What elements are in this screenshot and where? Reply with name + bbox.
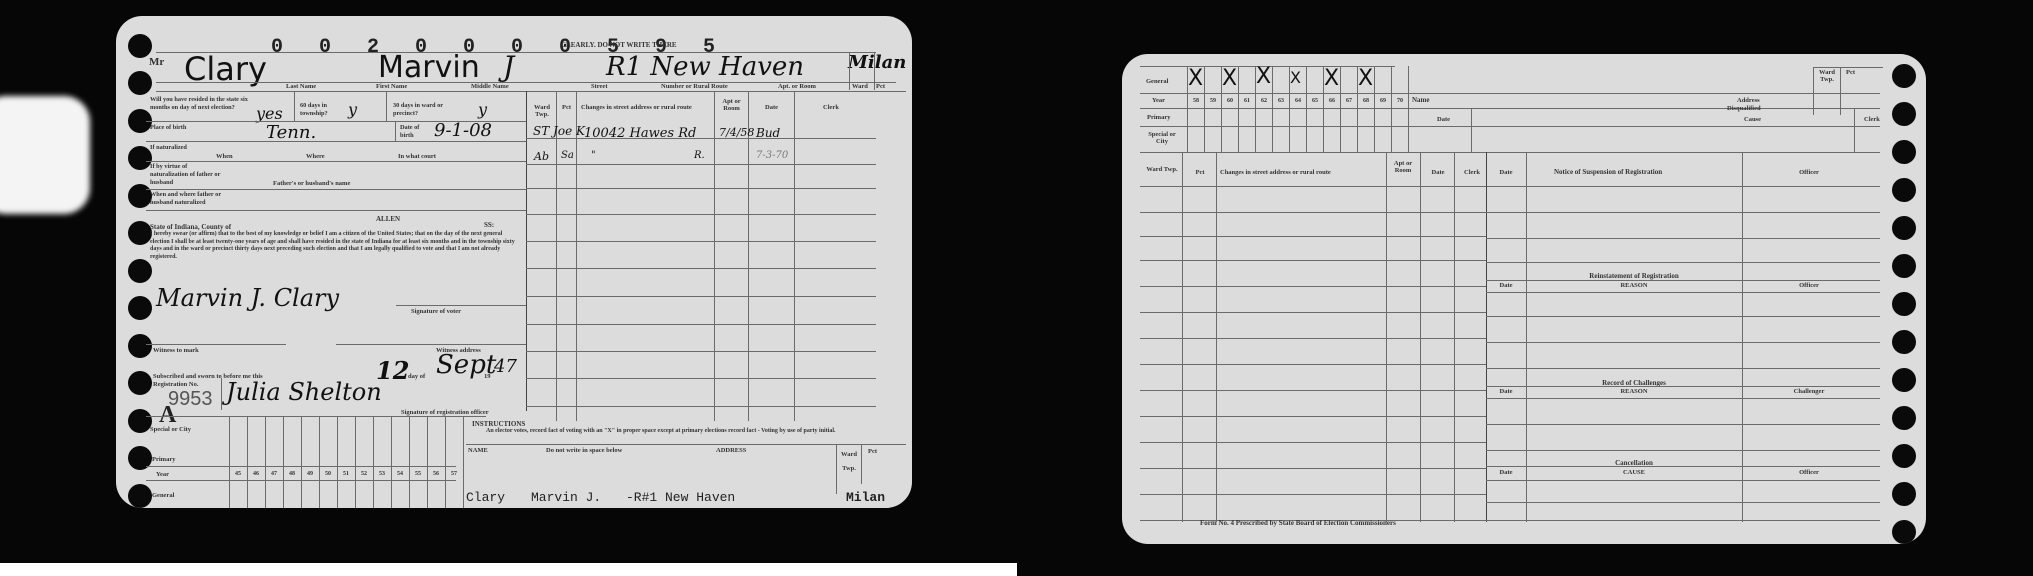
suspension-col-date: Date (1490, 169, 1522, 176)
scan-edge-strip (0, 563, 1017, 576)
reinstatement-col-reason: REASON (1526, 282, 1742, 289)
change-row-2-pct: Sa (561, 150, 574, 161)
grid-label-general: General (152, 492, 174, 499)
year-cell: 52 (356, 471, 372, 477)
reinstatement-col-date: Date (1488, 282, 1524, 289)
grid-label-primary: Primary (152, 456, 175, 463)
change-row-1-address: 10042 Hawes Rd (584, 126, 696, 141)
ward-value: Milan (848, 52, 906, 73)
punch-hole-icon (1892, 64, 1916, 88)
punch-hole-icon (128, 334, 152, 358)
prefix-mark: Mr (149, 59, 164, 66)
street-label: Street (591, 83, 607, 90)
state-residency-question: Will you have resided in the state six m… (150, 96, 260, 112)
reinstatement-col-officer: Officer (1744, 282, 1874, 289)
registration-number-label: Registration No. (153, 381, 199, 388)
vote-mark-icon: X (1256, 64, 1271, 89)
place-of-birth-label: Place of birth (150, 124, 190, 132)
typed-last-name: Clary (466, 490, 505, 505)
year-cell: 60 (1222, 98, 1238, 104)
back-col-date: Date (1422, 169, 1454, 176)
back-col-apt-room: Apt or Room (1388, 160, 1418, 174)
pct-label: Pct (876, 83, 885, 90)
challenges-col-reason: REASON (1526, 388, 1742, 395)
punch-hole-icon (1892, 178, 1916, 202)
naturalized-when-label: When (216, 153, 233, 160)
col-date: Date (749, 104, 794, 111)
punch-hole-icon (128, 259, 152, 283)
punch-hole-icon (1892, 216, 1916, 240)
father-naturalized-label: When and where father or husband natural… (150, 191, 240, 207)
change-row-2-clerk: 7-3-70 (756, 150, 788, 161)
instructions-text: An elector votes, record fact of voting … (486, 428, 906, 435)
punch-hole-icon (128, 371, 152, 395)
back-col-clerk: Clerk (1457, 169, 1487, 176)
back-grid-primary: Primary (1147, 114, 1170, 121)
registration-card-back: General Year Primary Special or City 58 … (1122, 54, 1926, 544)
year-cell: 63 (1273, 98, 1289, 104)
township-answer: y (348, 100, 357, 119)
change-row-1-clerk: Bud (756, 126, 780, 140)
instructions-title: INSTRUCTIONS (472, 421, 525, 428)
back-grid-special: Special or City (1142, 131, 1182, 145)
vote-mark-icon: X (1222, 66, 1237, 91)
punch-hole-icon (1892, 406, 1916, 430)
change-row-2-ward: Ab (534, 150, 549, 163)
year-cell: 56 (428, 471, 444, 477)
year-cell: 46 (248, 471, 264, 477)
suspension-col-notice: Notice of Suspension of Registration (1554, 169, 1662, 176)
place-of-birth-value: Tenn. (266, 122, 316, 143)
ss-label: SS: (484, 222, 494, 229)
date-of-birth-label: Date of birth (400, 124, 430, 140)
year-cell: 68 (1358, 98, 1374, 104)
year-cell: 47 (266, 471, 282, 477)
instr-no-write: Do not write in space below (546, 447, 622, 454)
challenges-col-challenger: Challenger (1744, 388, 1874, 395)
grid-label-year: Year (156, 471, 169, 478)
punch-hole-icon (1892, 292, 1916, 316)
year-cell: 70 (1392, 98, 1408, 104)
middle-name-label: Middle Name (471, 83, 509, 90)
officer-signature: Julia Shelton (226, 378, 382, 406)
year-cell: 64 (1290, 98, 1306, 104)
typed-address: -R#1 New Haven (626, 490, 735, 505)
year-cell: 57 (446, 471, 462, 477)
punch-hole-icon (1892, 368, 1916, 392)
col-clerk: Clerk (796, 104, 866, 111)
father-name-label: Father's or husband's name (273, 180, 350, 187)
punch-hole-icon (1892, 102, 1916, 126)
challenges-col-date: Date (1488, 388, 1524, 395)
punch-hole-icon (128, 184, 152, 208)
col-ward-twp: Ward Twp. (528, 104, 556, 118)
number-route-label: Number or Rural Route (661, 83, 728, 90)
back-grid-year: Year (1152, 97, 1165, 104)
county-value: ALLEN (376, 216, 400, 223)
back-col-changes: Changes in street address or rural route (1220, 169, 1331, 176)
suspension-col-officer: Officer (1744, 169, 1874, 176)
back-col-ward-twp: Ward Twp. (1142, 166, 1182, 173)
vote-mark-icon: X (1188, 66, 1203, 91)
change-row-2-address: " (591, 150, 596, 161)
year-cell: 67 (1341, 98, 1357, 104)
vote-mark-icon: X (1358, 66, 1373, 91)
instr-name-label: NAME (468, 447, 488, 454)
year-cell: 45 (230, 471, 246, 477)
punch-hole-icon (128, 409, 152, 433)
instr-ward-label: Ward Twp. (838, 448, 860, 476)
punch-hole-icon (1892, 330, 1916, 354)
first-name-value: Marvin (378, 50, 480, 85)
year-cell: 48 (284, 471, 300, 477)
back-disqualified-label: Disqualified (1727, 105, 1761, 112)
punch-hole-icon (1892, 254, 1916, 278)
naturalized-label: If naturalized (150, 144, 200, 152)
voter-signature: Marvin J. Clary (156, 284, 339, 312)
back-pct-label: Pct (1846, 69, 1855, 76)
grid-label-special: Special or City (150, 426, 190, 433)
township-question: 60 days in township? (300, 102, 345, 118)
ward-precinct-answer: y (478, 100, 487, 119)
witness-mark-label: Witness to mark (153, 347, 199, 354)
reinstatement-title: Reinstatement of Registration (1526, 273, 1742, 280)
day-of-label: day of (408, 373, 425, 380)
year-cell: 53 (374, 471, 390, 477)
year-cell: 50 (320, 471, 336, 477)
year-prefix: 19 (484, 373, 491, 380)
header-notice: CLEARLY. DO NOT WRITE THERE (561, 42, 677, 49)
middle-name-value: J (503, 50, 514, 83)
signature-label: Signature of voter (411, 308, 461, 315)
punch-hole-icon (128, 71, 152, 95)
year-cell: 59 (1205, 98, 1221, 104)
back-ward-label: Ward Twp. (1814, 69, 1840, 83)
punch-hole-icon (128, 34, 152, 58)
instr-address-label: ADDRESS (716, 447, 746, 454)
year-cell: 61 (1239, 98, 1255, 104)
county-line: State of Indiana, County of (150, 224, 231, 231)
back-col-pct: Pct (1185, 169, 1215, 176)
change-row-1-date: 7/4/58 (719, 126, 754, 139)
punch-hole-icon (1892, 444, 1916, 468)
officer-signature-label: Signature of registration officer (401, 409, 489, 416)
oath-text: I hereby swear (or affirm) that to the b… (150, 231, 522, 261)
year-cell: 62 (1256, 98, 1272, 104)
punch-hole-icon (128, 296, 152, 320)
col-pct: Pct (557, 104, 576, 111)
punch-hole-icon (1892, 140, 1916, 164)
back-address-label: Address (1737, 97, 1760, 104)
instr-pct-label: Pct (868, 448, 877, 455)
naturalized-court-label: In what court (398, 153, 436, 160)
year-cell: 58 (1188, 98, 1204, 104)
punch-hole-icon (128, 221, 152, 245)
last-name-label: Last Name (286, 83, 316, 90)
by-virtue-label: If by virtue of naturalization of father… (150, 163, 225, 187)
apt-room-label: Apt. or Room (778, 83, 816, 90)
typed-first-name: Marvin J. (531, 490, 601, 505)
col-apt-room: Apt or Room (715, 98, 748, 112)
scanner-glare (0, 96, 90, 214)
first-name-label: First Name (376, 83, 407, 90)
form-footer: Form No. 4 Prescribed by State Board of … (1200, 520, 1396, 527)
back-name-label: Name (1412, 97, 1430, 104)
cancellation-col-cause: CAUSE (1526, 469, 1742, 476)
back-cause-label: Cause (1744, 116, 1761, 123)
year-cell: 54 (392, 471, 408, 477)
year-cell: 51 (338, 471, 354, 477)
street-value: R1 New Haven (606, 52, 804, 82)
punch-hole-icon (1892, 520, 1916, 544)
typed-ward: Milan (846, 490, 885, 505)
vote-mark-icon: X (1324, 66, 1339, 91)
year-value: 47 (494, 356, 517, 377)
back-clerk-label: Clerk (1864, 116, 1880, 123)
year-cell: 49 (302, 471, 318, 477)
year-cell: 65 (1307, 98, 1323, 104)
year-cell: 66 (1324, 98, 1340, 104)
punch-hole-icon (128, 146, 152, 170)
ward-label: Ward (852, 83, 868, 90)
cancellation-col-date: Date (1488, 469, 1524, 476)
change-row-1-ward: ST Joe K (533, 124, 585, 138)
cancellation-col-officer: Officer (1744, 469, 1874, 476)
punch-hole-icon (1892, 482, 1916, 506)
ward-precinct-question: 30 days in ward or precinct? (393, 102, 463, 118)
col-changes: Changes in street address or rural route (581, 104, 692, 111)
naturalized-where-label: Where (306, 153, 325, 160)
punch-hole-icon (128, 484, 152, 508)
year-cell: 69 (1375, 98, 1391, 104)
change-row-2-apt: R. (694, 150, 705, 161)
back-grid-general: General (1146, 78, 1168, 85)
date-of-birth-value: 9-1-08 (434, 120, 492, 141)
year-cell: 55 (410, 471, 426, 477)
registration-card-front: 0 0 2 0 0 0 0 5 9 5 CLEARLY. DO NOT WRIT… (116, 16, 912, 508)
vote-mark-icon: X (1290, 68, 1301, 87)
back-date-label: Date (1437, 116, 1450, 123)
